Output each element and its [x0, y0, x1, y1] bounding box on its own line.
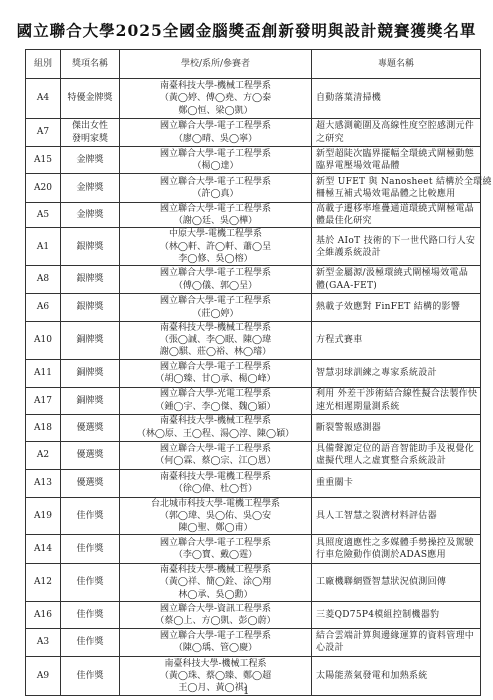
group-cell: A11 [26, 359, 61, 387]
entrant-cell: 國立聯合大學-電子工程學系（陳◯瑀、管◯慶） [120, 628, 312, 656]
project-cell-line: 太陽能蒸氣發電和加熱系統 [316, 670, 476, 682]
group-cell: A20 [26, 174, 61, 203]
entrant-cell: 國立聯合大學-電子工程學系（何◯霖、蔡◯宗、江◯恩） [120, 441, 312, 469]
page-number: 1 [243, 686, 249, 697]
table-row: A8銀牌獎國立聯合大學-電子工程學系（傅◯儀、郭◯呈）新型金屬源/汲極環繞式閘極… [26, 266, 481, 294]
group-cell: A8 [26, 266, 61, 294]
project-cell-line: 心設計 [316, 642, 476, 654]
entrant-cell-line: 國立聯合大學-資訊工程學系 [124, 603, 307, 615]
project-cell: 方程式賽車 [312, 322, 481, 360]
table-row: A12佳作獎南臺科技大學-機械工程學系（黃◯祥、簡◯銓、涂◯翔林◯承、吳◯勳）工… [26, 564, 481, 602]
group-cell: A15 [26, 147, 61, 174]
entrant-cell-line: （何◯霖、蔡◯宗、江◯恩） [124, 455, 307, 467]
entrant-cell-line: 南臺科技大學-機械工程學系 [124, 564, 307, 576]
award-cell-line: 優選獎 [65, 477, 115, 489]
group-cell: A13 [26, 469, 61, 497]
table-row: A15金牌獎國立聯合大學-電子工程學系（楊◯達）新型超陡次臨界擺幅全環繞式閘極動… [26, 147, 481, 174]
award-cell: 金牌獎 [61, 174, 120, 203]
award-cell-line: 佳作獎 [65, 543, 115, 555]
award-cell: 銀牌獎 [61, 294, 120, 322]
project-cell-line: 新型超陡次臨界擺幅全環繞式閘極動態 [316, 148, 476, 160]
entrant-cell-line: 南臺科技大學-機械工程學系 [124, 80, 307, 92]
entrant-cell-line: 國立聯合大學-電子工程學系 [124, 176, 307, 188]
project-cell-line: 工廠機聯網暨智慧狀況偵測回傳 [316, 576, 476, 588]
project-cell-line: 斷裂警報感測器 [316, 422, 476, 434]
award-cell-line: 金牌獎 [65, 182, 115, 194]
project-cell: 新型 UFET 與 Nanosheet 結構於全環繞柵極互補式場效電晶體之比較應… [312, 174, 481, 203]
entrant-cell-line: 陳◯聖、鄭◯甫） [124, 522, 307, 534]
entrant-cell-line: （黃◯珠、蔡◯臻、鄭◯超 [124, 670, 307, 682]
project-cell-line: 行車危險動作偵測於ADAS應用 [316, 549, 476, 561]
project-cell: 基於 AIoT 技術的下一世代路口行人安全維護系統設計 [312, 228, 481, 266]
project-cell: 斷裂警報感測器 [312, 414, 481, 441]
table-row: A5金牌獎國立聯合大學-電子工程學系（謝◯廷、吳◯樺）高載子遷移率堆疊通道環繞式… [26, 203, 481, 228]
group-cell: A4 [26, 79, 61, 119]
table-row: A3佳作獎國立聯合大學-電子工程學系（陳◯瑀、管◯慶）結合雲端計算與邊緣運算的資… [26, 628, 481, 656]
project-cell-line: 新型金屬源/汲極環繞式閘極場效電晶 [316, 267, 476, 279]
award-cell-line: 佳作獎 [65, 609, 115, 621]
project-cell: 高載子遷移率堆疊通道環繞式閘極電晶體最佳化研究 [312, 203, 481, 228]
award-cell: 金牌獎 [61, 147, 120, 174]
entrant-cell: 南臺科技大學-機械工程系（黃◯珠、蔡◯臻、鄭◯超王◯月、黃◯祺） [120, 656, 312, 695]
award-cell-line: 銀牌獎 [65, 241, 115, 253]
project-cell-line: 具備聲源定位的語音智能助手及視覺化 [316, 443, 476, 455]
award-cell: 銅牌獎 [61, 359, 120, 387]
award-cell-line: 佳作獎 [65, 510, 115, 522]
entrant-cell: 國立聯合大學-電子工程學系（莊◯婷） [120, 294, 312, 322]
table-row: A19佳作獎台北城市科技大學-電機工程學系（郭◯瑋、吳◯佑、吳◯安陳◯聖、鄭◯甫… [26, 497, 481, 535]
entrant-cell: 國立聯合大學-光電工程學系（鍾◯宇、李◯傑、魏◯穎） [120, 387, 312, 414]
award-cell: 銀牌獎 [61, 228, 120, 266]
award-cell-line: 銀牌獎 [65, 273, 115, 285]
award-cell: 銅牌獎 [61, 387, 120, 414]
entrant-cell-line: 南臺科技大學-機械工程系 [124, 658, 307, 670]
award-cell-line: 銅牌獎 [65, 367, 115, 379]
award-cell: 優選獎 [61, 469, 120, 497]
project-cell: 自動落葉清掃機 [312, 79, 481, 119]
award-cell: 特優金牌獎 [61, 79, 120, 119]
entrant-cell-line: （傅◯儀、郭◯呈） [124, 280, 307, 292]
project-cell-line: 高載子遷移率堆疊通道環繞式閘極電晶 [316, 203, 476, 215]
project-cell-line: 具照度適應性之多媒體手勢操控及駕駛 [316, 537, 476, 549]
award-cell: 優選獎 [61, 441, 120, 469]
entrant-cell: 南臺科技大學-機械工程學系（張◯誠、李◯眠、陳◯瑋謝◯騏、莊◯裕、林◯璿） [120, 322, 312, 360]
table-row: A13優選獎南臺科技大學-電機工程學系（徐◯偉、杜◯哲）重重關卡 [26, 469, 481, 497]
project-cell: 結合雲端計算與邊緣運算的資料管理中心設計 [312, 628, 481, 656]
header-project: 專題名稱 [312, 50, 481, 79]
entrant-cell-line: 國立聯合大學-電子工程學系 [124, 120, 307, 132]
entrant-cell-line: 國立聯合大學-電子工程學系 [124, 537, 307, 549]
group-cell: A2 [26, 441, 61, 469]
entrant-cell: 國立聯合大學-電子工程學系（許◯真） [120, 174, 312, 203]
table-row: A4特優金牌獎南臺科技大學-機械工程學系（黃◯婷、傅◯堯、方◯泰鄭◯恒、梁◯凱）… [26, 79, 481, 119]
entrant-cell-line: （廖◯晴、吳◯寧） [124, 133, 307, 145]
entrant-cell-line: （黃◯祥、簡◯銓、涂◯翔 [124, 576, 307, 588]
award-cell: 佳作獎 [61, 601, 120, 628]
project-cell-line: 臨界電壓場效電晶體 [316, 160, 476, 172]
header-award: 獎項名稱 [61, 50, 120, 79]
entrant-cell-line: （林◯原、王◯程、湯◯淳、陳◯穎） [124, 428, 307, 440]
entrant-cell-line: （胡◯臻、甘◯承、楊◯峰） [124, 373, 307, 385]
table-row: A1銀牌獎中原大學-電機工程學系（林◯軒、許◯軒、蕭◯呈李◯修、吳◯榕）基於 A… [26, 228, 481, 266]
entrant-cell: 國立聯合大學-電子工程學系（廖◯晴、吳◯寧） [120, 119, 312, 147]
entrant-cell-line: （徐◯偉、杜◯哲） [124, 483, 307, 495]
project-cell: 太陽能蒸氣發電和加熱系統 [312, 656, 481, 695]
entrant-cell-line: （蔡◯上、方◯凱、彭◯蔚） [124, 615, 307, 627]
entrant-cell: 國立聯合大學-電子工程學系（傅◯儀、郭◯呈） [120, 266, 312, 294]
project-cell-line: 體最佳化研究 [316, 215, 476, 227]
entrant-cell: 國立聯合大學-電子工程學系（謝◯廷、吳◯樺） [120, 203, 312, 228]
award-cell-line: 優選獎 [65, 449, 115, 461]
project-cell-line: 利用 外差干涉術結合線性擬合法製作快 [316, 388, 476, 400]
award-cell-line: 銅牌獎 [65, 334, 115, 346]
award-cell-line: 金牌獎 [65, 209, 115, 221]
entrant-cell-line: 國立聯合大學-電子工程學系 [124, 630, 307, 642]
group-cell: A1 [26, 228, 61, 266]
project-cell-line: 自動落葉清掃機 [316, 92, 476, 104]
award-cell-line: 銅牌獎 [65, 395, 115, 407]
project-cell: 超大感測範圍及高線性度空腔感測元件之研究 [312, 119, 481, 147]
table-row: A6銀牌獎國立聯合大學-電子工程學系（莊◯婷）熱載子效應對 FinFET 結構的… [26, 294, 481, 322]
project-cell: 具照度適應性之多媒體手勢操控及駕駛行車危險動作偵測於ADAS應用 [312, 535, 481, 564]
award-cell-line: 佳作獎 [65, 636, 115, 648]
entrant-cell-line: （謝◯廷、吳◯樺） [124, 215, 307, 227]
group-cell: A10 [26, 322, 61, 360]
entrant-cell-line: （楊◯達） [124, 160, 307, 172]
entrant-cell-line: （李◯寶、戴◯霆） [124, 549, 307, 561]
award-cell: 銀牌獎 [61, 266, 120, 294]
project-cell-line: 速光相遲期量測系統 [316, 401, 476, 413]
table-row: A7傑出女性發明家獎國立聯合大學-電子工程學系（廖◯晴、吳◯寧）超大感測範圍及高… [26, 119, 481, 147]
entrant-cell-line: 國立聯合大學-電子工程學系 [124, 267, 307, 279]
award-cell-line: 發明家獎 [65, 133, 115, 145]
entrant-cell: 國立聯合大學-資訊工程學系（蔡◯上、方◯凱、彭◯蔚） [120, 601, 312, 628]
entrant-cell: 國立聯合大學-電子工程學系（楊◯達） [120, 147, 312, 174]
entrant-cell-line: 林◯承、吳◯勳） [124, 589, 307, 601]
table-row: A17銅牌獎國立聯合大學-光電工程學系（鍾◯宇、李◯傑、魏◯穎）利用 外差干涉術… [26, 387, 481, 414]
project-cell: 熱載子效應對 FinFET 結構的影響 [312, 294, 481, 322]
entrant-cell: 台北城市科技大學-電機工程學系（郭◯瑋、吳◯佑、吳◯安陳◯聖、鄭◯甫） [120, 497, 312, 535]
award-cell: 佳作獎 [61, 656, 120, 695]
group-cell: A9 [26, 656, 61, 695]
entrant-cell-line: 王◯月、黃◯祺） [124, 682, 307, 694]
project-cell: 工廠機聯網暨智慧狀況偵測回傳 [312, 564, 481, 602]
award-cell-line: 金牌獎 [65, 154, 115, 166]
group-cell: A16 [26, 601, 61, 628]
project-cell-line: 體(GAA-FET) [316, 280, 476, 292]
table-row: A14佳作獎國立聯合大學-電子工程學系（李◯寶、戴◯霆）具照度適應性之多媒體手勢… [26, 535, 481, 564]
award-cell: 金牌獎 [61, 203, 120, 228]
table-row: A2優選獎國立聯合大學-電子工程學系（何◯霖、蔡◯宗、江◯恩）具備聲源定位的語音… [26, 441, 481, 469]
entrant-cell: 國立聯合大學-電子工程學系（李◯寶、戴◯霆） [120, 535, 312, 564]
award-cell: 佳作獎 [61, 535, 120, 564]
entrant-cell: 南臺科技大學-機械工程學系（黃◯婷、傅◯堯、方◯泰鄭◯恒、梁◯凱） [120, 79, 312, 119]
project-cell-line: 三菱QD75P4模組控制機器豹 [316, 609, 476, 621]
entrant-cell: 中原大學-電機工程學系（林◯軒、許◯軒、蕭◯呈李◯修、吳◯榕） [120, 228, 312, 266]
project-cell-line: 虛擬代理人之虛實整合系統設計 [316, 455, 476, 467]
group-cell: A14 [26, 535, 61, 564]
entrant-cell-line: （莊◯婷） [124, 308, 307, 320]
entrant-cell-line: 南臺科技大學-機械工程學系 [124, 415, 307, 427]
entrant-cell-line: 國立聯合大學-電子工程學系 [124, 361, 307, 373]
entrant-cell: 南臺科技大學-電機工程學系（徐◯偉、杜◯哲） [120, 469, 312, 497]
entrant-cell-line: 南臺科技大學-機械工程學系 [124, 322, 307, 334]
entrant-cell-line: 國立聯合大學-光電工程學系 [124, 388, 307, 400]
group-cell: A5 [26, 203, 61, 228]
group-cell: A12 [26, 564, 61, 602]
entrant-cell: 國立聯合大學-電子工程學系（胡◯臻、甘◯承、楊◯峰） [120, 359, 312, 387]
entrant-cell-line: 國立聯合大學-電子工程學系 [124, 203, 307, 215]
project-cell-line: 具人工智慧之裂濟材料評估器 [316, 510, 476, 522]
award-cell: 優選獎 [61, 414, 120, 441]
project-cell: 具人工智慧之裂濟材料評估器 [312, 497, 481, 535]
project-cell: 三菱QD75P4模組控制機器豹 [312, 601, 481, 628]
entrant-cell-line: 國立聯合大學-電子工程學系 [124, 148, 307, 160]
table-header-row: 組別 獎項名稱 學校/系所/參賽者 專題名稱 [26, 50, 481, 79]
entrant-cell-line: （張◯誠、李◯眠、陳◯瑋 [124, 334, 307, 346]
project-cell-line: 之研究 [316, 133, 476, 145]
group-cell: A18 [26, 414, 61, 441]
entrant-cell-line: （黃◯婷、傅◯堯、方◯泰 [124, 92, 307, 104]
entrant-cell-line: 國立聯合大學-電子工程學系 [124, 295, 307, 307]
project-cell-line: 超大感測範圍及高線性度空腔感測元件 [316, 120, 476, 132]
award-cell: 傑出女性發明家獎 [61, 119, 120, 147]
awards-table: 組別 獎項名稱 學校/系所/參賽者 專題名稱 A4特優金牌獎南臺科技大學-機械工… [25, 49, 481, 696]
entrant-cell-line: （林◯軒、許◯軒、蕭◯呈 [124, 241, 307, 253]
table-row: A20金牌獎國立聯合大學-電子工程學系（許◯真）新型 UFET 與 Nanosh… [26, 174, 481, 203]
award-cell-line: 佳作獎 [65, 576, 115, 588]
project-cell: 重重關卡 [312, 469, 481, 497]
entrant-cell-line: 李◯修、吳◯榕） [124, 253, 307, 265]
award-cell: 銅牌獎 [61, 322, 120, 360]
project-cell-line: 重重關卡 [316, 477, 476, 489]
entrant-cell-line: 台北城市科技大學-電機工程學系 [124, 498, 307, 510]
table-row: A11銅牌獎國立聯合大學-電子工程學系（胡◯臻、甘◯承、楊◯峰）智慧羽球訓練之專… [26, 359, 481, 387]
group-cell: A6 [26, 294, 61, 322]
entrant-cell-line: 國立聯合大學-電子工程學系 [124, 443, 307, 455]
award-cell: 佳作獎 [61, 564, 120, 602]
entrant-cell-line: （郭◯瑋、吳◯佑、吳◯安 [124, 510, 307, 522]
award-cell-line: 傑出女性 [65, 120, 115, 132]
group-cell: A7 [26, 119, 61, 147]
project-cell-line: 新型 UFET 與 Nanosheet 結構於全環繞 [316, 176, 476, 188]
table-row: A9佳作獎南臺科技大學-機械工程系（黃◯珠、蔡◯臻、鄭◯超王◯月、黃◯祺）太陽能… [26, 656, 481, 695]
entrant-cell-line: 中原大學-電機工程學系 [124, 228, 307, 240]
project-cell: 新型金屬源/汲極環繞式閘極場效電晶體(GAA-FET) [312, 266, 481, 294]
project-cell: 智慧羽球訓練之專家系統設計 [312, 359, 481, 387]
table-row: A16佳作獎國立聯合大學-資訊工程學系（蔡◯上、方◯凱、彭◯蔚）三菱QD75P4… [26, 601, 481, 628]
entrant-cell: 南臺科技大學-機械工程學系（林◯原、王◯程、湯◯淳、陳◯穎） [120, 414, 312, 441]
group-cell: A17 [26, 387, 61, 414]
entrant-cell: 南臺科技大學-機械工程學系（黃◯祥、簡◯銓、涂◯翔林◯承、吳◯勳） [120, 564, 312, 602]
project-cell: 利用 外差干涉術結合線性擬合法製作快速光相遲期量測系統 [312, 387, 481, 414]
header-entrant: 學校/系所/參賽者 [120, 50, 312, 79]
project-cell-line: 結合雲端計算與邊緣運算的資料管理中 [316, 630, 476, 642]
award-cell-line: 佳作獎 [65, 670, 115, 682]
award-cell-line: 銀牌獎 [65, 301, 115, 313]
award-cell-line: 特優金牌獎 [65, 92, 115, 104]
entrant-cell-line: 鄭◯恒、梁◯凱） [124, 105, 307, 117]
entrant-cell-line: （許◯真） [124, 188, 307, 200]
project-cell-line: 方程式賽車 [316, 334, 476, 346]
group-cell: A19 [26, 497, 61, 535]
project-cell: 新型超陡次臨界擺幅全環繞式閘極動態臨界電壓場效電晶體 [312, 147, 481, 174]
entrant-cell-line: 南臺科技大學-電機工程學系 [124, 471, 307, 483]
award-cell: 佳作獎 [61, 497, 120, 535]
project-cell-line: 全維護系統設計 [316, 247, 476, 259]
project-cell-line: 熱載子效應對 FinFET 結構的影響 [316, 301, 476, 313]
table-row: A18優選獎南臺科技大學-機械工程學系（林◯原、王◯程、湯◯淳、陳◯穎）斷裂警報… [26, 414, 481, 441]
entrant-cell-line: （陳◯瑀、管◯慶） [124, 642, 307, 654]
project-cell-line: 智慧羽球訓練之專家系統設計 [316, 367, 476, 379]
award-cell-line: 優選獎 [65, 422, 115, 434]
page-title: 國立聯合大學2025全國金腦獎盃創新發明與設計競賽獲獎名單 [0, 19, 493, 41]
header-group: 組別 [26, 50, 61, 79]
group-cell: A3 [26, 628, 61, 656]
entrant-cell-line: （鍾◯宇、李◯傑、魏◯穎） [124, 401, 307, 413]
project-cell-line: 基於 AIoT 技術的下一世代路口行人安 [316, 235, 476, 247]
project-cell: 具備聲源定位的語音智能助手及視覺化虛擬代理人之虛實整合系統設計 [312, 441, 481, 469]
project-cell-line: 柵極互補式場效電晶體之比較應用 [316, 188, 476, 200]
table-row: A10銅牌獎南臺科技大學-機械工程學系（張◯誠、李◯眠、陳◯瑋謝◯騏、莊◯裕、林… [26, 322, 481, 360]
entrant-cell-line: 謝◯騏、莊◯裕、林◯璿） [124, 346, 307, 358]
award-cell: 佳作獎 [61, 628, 120, 656]
